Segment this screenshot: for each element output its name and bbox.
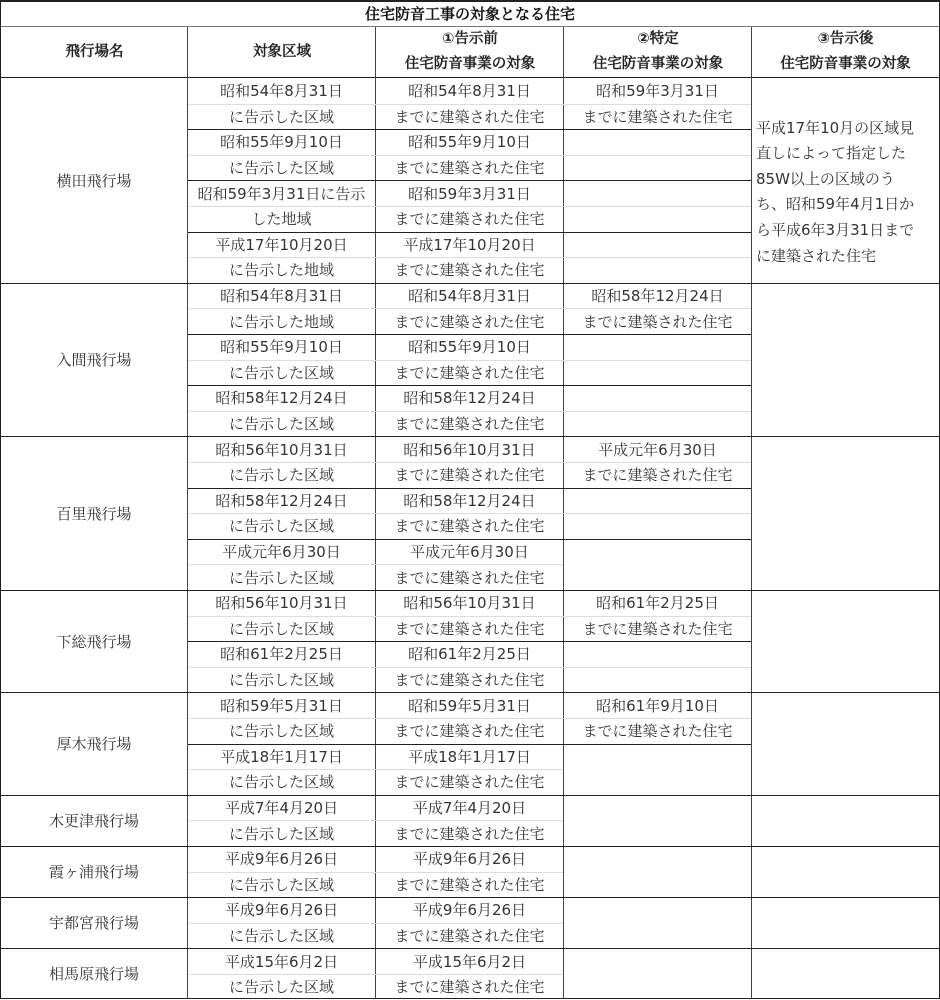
pre-notice-text: 平成18年1月17日 [376,744,563,770]
special-text: までに建築された住宅 [564,104,751,130]
pre-notice-text: までに建築された住宅 [376,155,563,181]
target-area-text: 昭和58年12月24日 [188,385,375,411]
target-area-text: 昭和59年5月31日 [188,692,375,718]
airfield-name: 入間飛行場 [1,283,187,437]
pre-notice-text: までに建築された住宅 [376,513,563,539]
target-area-text: 平成15年6月2日 [188,948,375,974]
pre-notice-text: までに建築された住宅 [376,308,563,334]
special-text [564,872,751,898]
target-area-text: 昭和58年12月24日 [188,488,375,514]
target-area-text: に告示した区域 [188,513,375,539]
header-label: 飛行場名 [66,40,124,65]
special-text [564,129,751,155]
pre-notice-text: 昭和56年10月31日 [376,590,563,616]
special-text [564,667,751,693]
target-area-text: 平成18年1月17日 [188,744,375,770]
target-area-text: に告示した区域 [188,616,375,642]
target-area-text: に告示した地域 [188,308,375,334]
pre-notice-text: までに建築された住宅 [376,206,563,232]
special-text: までに建築された住宅 [564,308,751,334]
pre-notice-text: 平成17年10月20日 [376,232,563,258]
airfield-name: 下総飛行場 [1,590,187,692]
special-text: までに建築された住宅 [564,616,751,642]
special-text: 昭和58年12月24日 [564,283,751,309]
pre-notice-text: までに建築された住宅 [376,718,563,744]
airfield-name: 横田飛行場 [1,78,187,283]
pre-notice-text: 昭和58年12月24日 [376,488,563,514]
row-divider-light [188,257,751,258]
row-divider-light [188,308,751,309]
header-pre-notice: ①告示前 住宅防音事業の対象 [376,27,564,78]
target-area-text: に告示した区域 [188,462,375,488]
pre-notice-text: 昭和59年5月31日 [376,692,563,718]
special-text [564,257,751,283]
table-title: 住宅防音工事の対象となる住宅 [1,2,939,27]
target-area-text: に告示した区域 [188,155,375,181]
pre-notice-text: 昭和55年9月10日 [376,334,563,360]
target-area-text: に告示した地域 [188,257,375,283]
special-text [564,795,751,821]
row-divider-light [188,462,751,463]
special-text [564,334,751,360]
header-target-area: 対象区域 [188,27,376,78]
pre-notice-text: までに建築された住宅 [376,974,563,1000]
header-sublabel: 住宅防音事業の対象 [593,52,724,77]
post-notice-line: 平成17年10月の区域見 [756,116,936,142]
target-area-text: 平成7年4月20日 [188,795,375,821]
target-area-text: 昭和56年10月31日 [188,436,375,462]
row-divider-light [188,923,563,924]
special-text: 昭和61年2月25日 [564,590,751,616]
target-area-text: に告示した区域 [188,718,375,744]
row-divider-light [188,718,751,719]
pre-notice-text: 平成9年6月26日 [376,846,563,872]
target-area-text: 平成17年10月20日 [188,232,375,258]
pre-notice-text: までに建築された住宅 [376,923,563,949]
pre-notice-text: までに建築された住宅 [376,257,563,283]
header-label: 対象区域 [253,40,311,65]
airfield-name: 相馬原飛行場 [1,948,187,999]
housing-soundproofing-table: 住宅防音工事の対象となる住宅 飛行場名 対象区域 ①告示前 住宅防音事業の対象 … [0,0,940,999]
column-divider [751,27,752,998]
target-area-text: 平成9年6月26日 [188,897,375,923]
special-text [564,974,751,1000]
target-area-text: に告示した区域 [188,411,375,437]
special-text: 平成元年6月30日 [564,436,751,462]
special-text [564,923,751,949]
target-area-text: 平成9年6月26日 [188,846,375,872]
header-label: ①告示前 [442,27,498,52]
pre-notice-text: までに建築された住宅 [376,769,563,795]
target-area-text: に告示した区域 [188,923,375,949]
airfield-name: 厚木飛行場 [1,692,187,794]
target-area-text: に告示した区域 [188,667,375,693]
pre-notice-text: 平成15年6月2日 [376,948,563,974]
airfield-name: 霞ヶ浦飛行場 [1,846,187,897]
special-text: 昭和61年9月10日 [564,692,751,718]
pre-notice-text: 昭和59年3月31日 [376,180,563,206]
special-text [564,232,751,258]
special-text [564,360,751,386]
special-text [564,897,751,923]
pre-notice-text: までに建築された住宅 [376,462,563,488]
target-area-text: した地域 [188,206,375,232]
header-label: ③告示後 [818,27,874,52]
header-airfield-name: 飛行場名 [1,27,188,78]
row-divider-light [188,513,751,514]
target-area-text: に告示した区域 [188,974,375,1000]
special-text: までに建築された住宅 [564,718,751,744]
target-area-text: 昭和56年10月31日 [188,590,375,616]
row-divider-light [188,206,751,207]
special-text [564,769,751,795]
pre-notice-text: 昭和61年2月25日 [376,641,563,667]
special-text [564,641,751,667]
target-area-text: 平成元年6月30日 [188,539,375,565]
target-area-text: 昭和55年9月10日 [188,129,375,155]
pre-notice-text: までに建築された住宅 [376,667,563,693]
special-text [564,488,751,514]
row-divider-light [188,104,751,105]
pre-notice-text: 平成7年4月20日 [376,795,563,821]
row-divider-light [188,974,563,975]
target-area-text: 昭和59年3月31日に告示 [188,180,375,206]
pre-notice-text: までに建築された住宅 [376,104,563,130]
special-text [564,206,751,232]
special-text [564,744,751,770]
row-divider-light [188,411,751,412]
special-text [564,411,751,437]
target-area-text: に告示した区域 [188,769,375,795]
pre-notice-text: 昭和54年8月31日 [376,78,563,104]
header-special: ②特定 住宅防音事業の対象 [564,27,752,78]
row-divider-light [188,769,563,770]
row-divider-light [188,616,751,617]
header-sublabel: 住宅防音事業の対象 [780,52,911,77]
row-divider-light [188,667,751,668]
special-text [564,539,751,565]
special-text [564,513,751,539]
pre-notice-text: 昭和55年9月10日 [376,129,563,155]
airfield-name: 宇都宮飛行場 [1,897,187,948]
special-text [564,948,751,974]
pre-notice-text: までに建築された住宅 [376,360,563,386]
pre-notice-text: までに建築された住宅 [376,616,563,642]
post-notice-line: ち、昭和59年4月1日か [756,192,936,218]
pre-notice-text: 昭和54年8月31日 [376,283,563,309]
row-divider-light [188,155,751,156]
pre-notice-text: 平成元年6月30日 [376,539,563,565]
header-post-notice: ③告示後 住宅防音事業の対象 [752,27,939,78]
pre-notice-text: 昭和58年12月24日 [376,385,563,411]
row-divider-light [188,564,563,565]
target-area-text: 昭和54年8月31日 [188,78,375,104]
header-sublabel: 住宅防音事業の対象 [405,52,536,77]
special-text [564,820,751,846]
post-notice-line: に建築された住宅 [756,244,936,270]
airfield-name: 百里飛行場 [1,436,187,590]
row-divider-light [188,360,751,361]
airfield-name: 木更津飛行場 [1,795,187,846]
pre-notice-text: までに建築された住宅 [376,820,563,846]
post-notice-line: 85W以上の区域のう [756,167,936,193]
post-notice-note: 平成17年10月の区域見直しによって指定した85W以上の区域のうち、昭和59年4… [756,116,936,270]
header-label: ②特定 [637,27,678,52]
pre-notice-text: までに建築された住宅 [376,872,563,898]
special-text [564,180,751,206]
pre-notice-text: 昭和56年10月31日 [376,436,563,462]
special-text: までに建築された住宅 [564,462,751,488]
target-area-text: に告示した区域 [188,360,375,386]
row-divider-light [188,820,563,821]
special-text [564,155,751,181]
pre-notice-text: までに建築された住宅 [376,564,563,590]
target-area-text: に告示した区域 [188,104,375,130]
special-text: 昭和59年3月31日 [564,78,751,104]
special-text [564,564,751,590]
target-area-text: に告示した区域 [188,564,375,590]
pre-notice-text: までに建築された住宅 [376,411,563,437]
special-text [564,846,751,872]
row-divider-light [188,872,563,873]
target-area-text: 昭和61年2月25日 [188,641,375,667]
post-notice-line: ら平成6年3月31日まで [756,218,936,244]
target-area-text: 昭和55年9月10日 [188,334,375,360]
pre-notice-text: 平成9年6月26日 [376,897,563,923]
target-area-text: に告示した区域 [188,820,375,846]
target-area-text: に告示した区域 [188,872,375,898]
post-notice-line: 直しによって指定した [756,141,936,167]
target-area-text: 昭和54年8月31日 [188,283,375,309]
special-text [564,385,751,411]
